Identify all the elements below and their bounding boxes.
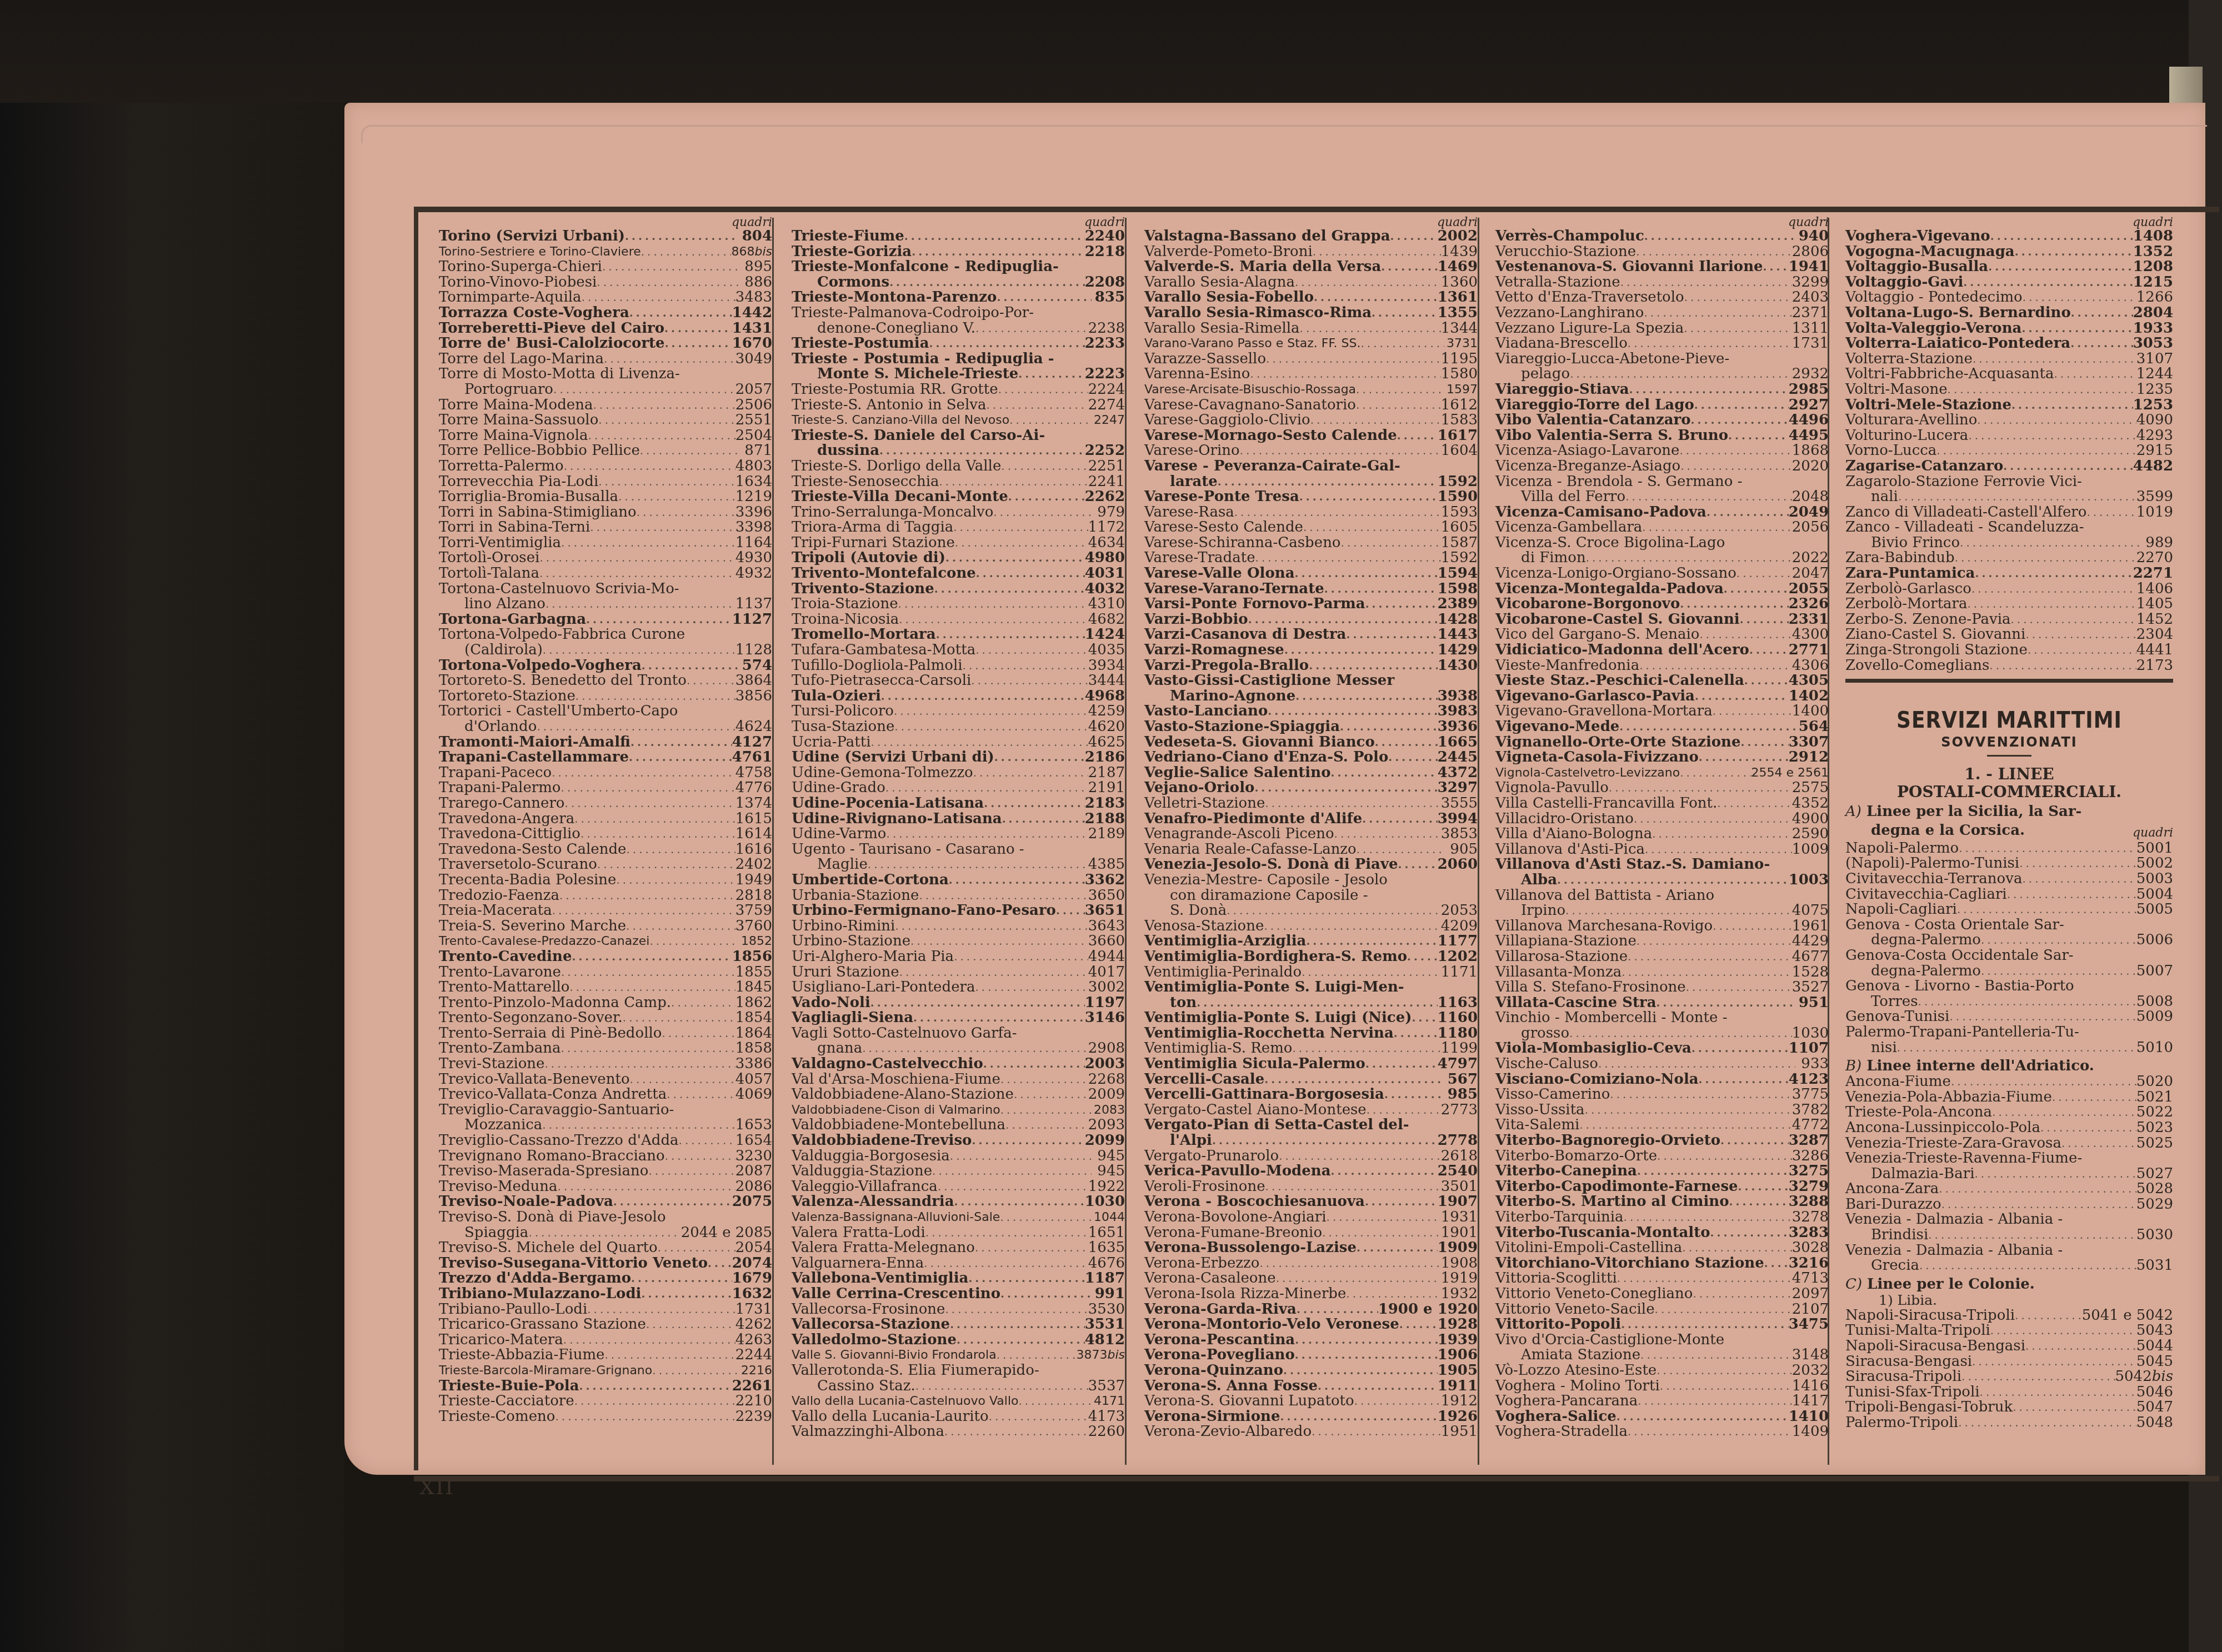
- entry-name: Varzi-Casanova di Destra: [1144, 627, 1346, 643]
- leader-dots: [1357, 1240, 1438, 1256]
- entry-quadro-number: 1137: [735, 597, 772, 612]
- index-entry: Vitorchiano-Vitorchiano Stazione3216: [1495, 1256, 1829, 1271]
- entry-name: Tortorici - Castell'Umberto-Capo: [439, 704, 678, 719]
- entry-quadro-number: 1598: [1438, 582, 1478, 597]
- leader-dots: [881, 689, 1085, 704]
- index-entry: Vidiciatico-Madonna dell'Acero2771: [1495, 643, 1829, 658]
- leader-dots: [1334, 827, 1441, 842]
- entry-quadro-number: 4797: [1438, 1057, 1478, 1072]
- entry-quadro-number: 4263: [735, 1333, 772, 1348]
- quadro-number: 4090: [2136, 412, 2173, 428]
- entry-name: Varese - Peveranza-Cairate-Gal-: [1144, 459, 1400, 474]
- entry-quadro-number: 5003: [2136, 872, 2173, 887]
- background-left: [0, 0, 344, 1652]
- index-entry: Varese-Varano-Ternate1598: [1144, 582, 1478, 597]
- entry-name: Verona-S. Giovanni Lupatoto: [1144, 1394, 1354, 1409]
- quadro-number: 804: [742, 228, 772, 244]
- leader-dots: [1610, 1087, 1791, 1103]
- entry-name: Marino-Agnone: [1170, 689, 1295, 704]
- entry-quadro-number: 5020: [2136, 1074, 2173, 1090]
- quadro-number: 567: [1448, 1071, 1478, 1088]
- leader-dots: [1973, 352, 2136, 367]
- leader-dots: [986, 398, 1088, 413]
- quadro-number: 2047: [1792, 565, 1829, 582]
- leader-dots: [1609, 780, 1792, 796]
- entry-name: Velletri-Stazione: [1144, 796, 1265, 812]
- index-entry: Zerbo-S. Zenone-Pavia1452: [1845, 612, 2173, 628]
- entry-name: Trento-Pinzolo-Madonna Camp.: [439, 995, 671, 1011]
- maritime-rule: [1987, 755, 2031, 757]
- leader-dots: [1634, 812, 1792, 827]
- entry-name: Verona - Boscochiesanuova: [1144, 1194, 1365, 1210]
- leader-dots: [1346, 627, 1437, 643]
- quadro-number: 2247: [1094, 413, 1125, 427]
- entry-name: Varsi-Ponte Fornovo-Parma: [1144, 597, 1365, 612]
- entry-name: Treviso-Noale-Padova: [439, 1194, 613, 1210]
- quadro-number: 5030: [2136, 1227, 2173, 1243]
- leader-dots: [1637, 934, 1792, 949]
- leader-dots: [976, 566, 1085, 582]
- entry-quadro-number: 3288: [1789, 1194, 1829, 1210]
- entry-quadro-number: 3278: [1792, 1210, 1829, 1225]
- leader-dots: [2010, 612, 2136, 628]
- entry-quadro-number: 5010: [2136, 1040, 2173, 1056]
- index-entry: Verona-Erbezzo1908: [1144, 1256, 1478, 1271]
- entry-quadro-number: 1400: [1792, 704, 1829, 719]
- leader-dots: [949, 873, 1085, 888]
- quadro-number: 3230: [735, 1148, 772, 1164]
- entry-quadro-number: 1219: [735, 489, 772, 505]
- quadro-number: 1219: [735, 488, 772, 505]
- leader-dots: [1255, 550, 1441, 566]
- entry-name: Venezia - Dalmazia - Albania -: [1845, 1212, 2063, 1228]
- quadro-number: 1911: [1438, 1378, 1478, 1394]
- entry-name: Valledolmo-Stazione: [792, 1333, 957, 1348]
- quadro-number: 3286: [1792, 1148, 1829, 1164]
- index-entry: Treviso-Noale-Padova2075: [439, 1194, 772, 1210]
- quadro-number: 4625: [1088, 734, 1125, 750]
- leader-dots: [1972, 1354, 2136, 1370]
- entry-name: Villa Castelli-Francavilla Font.: [1495, 796, 1717, 812]
- quadro-number: 4900: [1792, 810, 1829, 827]
- quadro-number: 5020: [2136, 1073, 2173, 1090]
- entry-quadro-number: 1019: [2136, 505, 2173, 520]
- quadro-number: 1430: [1438, 657, 1478, 674]
- entry-name: denone-Conegliano V.: [817, 321, 975, 337]
- quadro-number: 5022: [2136, 1104, 2173, 1120]
- entry-name: Venagrande-Ascoli Piceno: [1144, 827, 1334, 842]
- index-entry: Treviso-Susegana-Vittorio Veneto2074: [439, 1256, 772, 1271]
- entry-quadro-number: 1919: [1441, 1271, 1478, 1286]
- entry-quadro-number: 2210: [735, 1394, 772, 1409]
- entry-name: Verona-Garda-Riva: [1144, 1302, 1297, 1318]
- leader-dots: [904, 229, 1085, 244]
- entry-quadro-number: 3053: [2133, 336, 2173, 352]
- quadro-number: 2331: [1789, 611, 1829, 628]
- entry-name: Vorno-Lucca: [1845, 443, 1936, 459]
- index-entry: Vittorio Veneto-Sacile2107: [1495, 1302, 1829, 1318]
- maritime-subtitle: SOVVENZIONATI: [1845, 734, 2173, 750]
- index-entry: Torri in Sabina-Terni3398: [439, 520, 772, 535]
- quadro-number: 1612: [1441, 397, 1478, 413]
- entry-quadro-number: 2032: [1792, 1363, 1829, 1379]
- index-entry: Vibo Valentia-Catanzaro4496: [1495, 413, 1829, 428]
- entry-quadro-number: 4300: [1792, 627, 1829, 643]
- entry-name: Zanco di Villadeati-Castell'Alfero: [1845, 505, 2086, 520]
- leader-dots: [1738, 1179, 1789, 1195]
- leader-dots: [2021, 321, 2133, 337]
- quadro-number: 1933: [2133, 320, 2173, 337]
- quadro-number: 3650: [1088, 887, 1125, 904]
- leader-dots: [602, 259, 739, 275]
- leader-dots: [1009, 413, 1092, 428]
- index-entry: Verucchio-Stazione2806: [1495, 244, 1829, 260]
- index-entry: nali3599: [1845, 489, 2173, 505]
- leader-dots: [1691, 1041, 1789, 1057]
- entry-name: Valstagna-Bassano del Grappa: [1144, 229, 1390, 244]
- index-column-3: quadri Valstagna-Bassano del Grappa2002V…: [1144, 217, 1478, 1466]
- entry-quadro-number: 2506: [735, 398, 772, 413]
- leader-dots: [1713, 919, 1792, 934]
- entry-name-line: Palermo-Trapani-Pantelleria-Tu-: [1845, 1025, 2173, 1040]
- quadro-number: 4031: [1085, 565, 1125, 582]
- leader-dots: [561, 535, 735, 551]
- quadro-number: 1128: [735, 642, 772, 658]
- leader-dots: [2011, 398, 2133, 413]
- entry-name: Vibo Valentia-Catanzaro: [1495, 413, 1691, 428]
- quadro-number: 1408: [2133, 228, 2173, 244]
- entry-quadro-number: 2020: [1792, 459, 1829, 474]
- entry-name: Vicenza-Lonigo-Orgiano-Sossano: [1495, 566, 1736, 582]
- quadro-number: 4305: [1789, 672, 1829, 689]
- index-entry: Varallo Sesia-Fobello1361: [1144, 290, 1478, 306]
- quadro-number: 2244: [735, 1346, 772, 1363]
- entry-name: Vetralla-Stazione: [1495, 275, 1620, 291]
- index-entry: Dalmazia-Bari5027: [1845, 1167, 2173, 1182]
- entry-name-line: Genova - Costa Orientale Sar-: [1845, 918, 2173, 933]
- leader-dots: [1341, 535, 1441, 551]
- railway-list: Voghera-Vigevano1408Vogogna-Macugnaga135…: [1845, 229, 2173, 673]
- quadro-number: 1402: [1789, 688, 1829, 704]
- entry-quadro-number: 1355: [1438, 306, 1478, 321]
- index-entry: Volterra-Laiatico-Pontedera3053: [1845, 336, 2173, 352]
- quadro-number: 2912: [1789, 749, 1829, 765]
- quadro-number: 1615: [735, 810, 772, 827]
- index-entry: Vieste Staz.-Peschici-Calenella4305: [1495, 673, 1829, 689]
- entry-name: Trento-Mattarello: [439, 980, 569, 995]
- index-entry: Siracusa-Tripoli5042bis: [1845, 1369, 2173, 1385]
- quadro-number: 4677: [1792, 948, 1829, 965]
- quadro-number: 2218: [1085, 243, 1125, 260]
- quadro-number: 5007: [2136, 963, 2173, 979]
- entry-quadro-number: 2107: [1792, 1302, 1829, 1318]
- entry-name-line: Vinchio - Mombercelli - Monte -: [1495, 1010, 1829, 1026]
- entry-quadro-number: 4932: [735, 566, 772, 582]
- entry-name: Trento-Serraia di Pinè-Bedollo: [439, 1026, 662, 1042]
- entry-quadro-number: 5042bis: [2115, 1369, 2173, 1385]
- entry-name-line: Tortorici - Castell'Umberto-Capo: [439, 704, 772, 719]
- leader-dots: [1310, 413, 1441, 428]
- entry-quadro-number: 3275: [1789, 1164, 1829, 1179]
- entry-quadro-number: 2389: [1438, 597, 1478, 612]
- entry-name: Torre Maina-Modena: [439, 398, 593, 413]
- entry-quadro-number: 1160: [1438, 1010, 1478, 1026]
- leader-dots: [1710, 1225, 1789, 1241]
- quadro-number: 4123: [1789, 1071, 1829, 1088]
- entry-name-line: Zagarolo-Stazione Ferrovie Vici-: [1845, 474, 2173, 490]
- quadro-number: 1961: [1792, 918, 1829, 934]
- index-entry: Trivento-Montefalcone4031: [792, 566, 1125, 582]
- quadro-number: 1428: [1438, 611, 1478, 628]
- group-title: Linee per le Colonie.: [1867, 1276, 2035, 1293]
- entry-name: Viterbo-Canepina: [1495, 1164, 1637, 1179]
- leader-dots: [667, 1087, 735, 1103]
- quadro-number: 1868: [1792, 442, 1829, 459]
- quadro-number: 1731: [1792, 335, 1829, 352]
- index-entry: Vezzano Ligure-La Spezia1311: [1495, 321, 1829, 337]
- entry-quadro-number: 2773: [1441, 1103, 1478, 1118]
- entry-name: Tortoreto-Stazione: [439, 689, 575, 704]
- quadro-number: 1374: [735, 795, 772, 812]
- entry-name: Trieste-Comeno: [439, 1409, 555, 1425]
- quadro-number: 1344: [1441, 320, 1478, 337]
- leader-dots: [1303, 520, 1441, 535]
- entry-name: Voltaggio-Gavi: [1845, 275, 1963, 291]
- index-entry: Trieste-S. Antonio in Selva2274: [792, 398, 1125, 413]
- quadro-number: 5029: [2136, 1196, 2173, 1213]
- entry-quadro-number: 3299: [1792, 275, 1829, 291]
- quadro-number: 1665: [1438, 734, 1478, 750]
- quadro-number: 1605: [1441, 519, 1478, 535]
- index-entry: Volta-Valeggio-Verona1933: [1845, 321, 2173, 337]
- entry-name: Trieste - Postumia - Redipuglia -: [792, 352, 1054, 367]
- entry-quadro-number: 1344: [1441, 321, 1478, 337]
- leader-dots: [879, 443, 1085, 459]
- entry-quadro-number: 3286: [1792, 1149, 1829, 1164]
- index-entry: Vallebona-Ventimiglia1187: [792, 1271, 1125, 1286]
- entry-quadro-number: 5041 e 5042: [2082, 1308, 2173, 1324]
- entry-name-cont: con diramazione Caposile -: [1170, 888, 1368, 904]
- entry-quadro-number: 2044 e 2085: [681, 1225, 772, 1241]
- index-entry: Triora-Arma di Taggia1172: [792, 520, 1125, 535]
- entry-quadro-number: 5048: [2136, 1415, 2173, 1431]
- index-entry: Vasto-Stazione-Spiaggia3936: [1144, 719, 1478, 735]
- entry-name-line: Venezia-Mestre- Caposile - Jesolo: [1144, 873, 1478, 888]
- quadro-number: 2189: [1088, 825, 1125, 842]
- entry-quadro-number: 2326: [1789, 597, 1829, 612]
- entry-name: Varese-Rasa: [1144, 505, 1234, 520]
- entry-name: Trieste-S. Dorligo della Valle: [792, 459, 1001, 474]
- index-entry: Trento-Mattarello1845: [439, 980, 772, 995]
- leader-dots: [1644, 306, 1791, 321]
- quadro-number: 4496: [1789, 412, 1829, 428]
- leader-dots: [934, 582, 1085, 597]
- entry-quadro-number: 574: [739, 658, 772, 674]
- quadro-number: 2326: [1789, 595, 1829, 612]
- leader-dots: [1680, 459, 1792, 474]
- index-entry: Varzi-Casanova di Destra1443: [1144, 627, 1478, 643]
- entry-name: Valera Fratta-Lodi: [792, 1225, 925, 1241]
- entry-name: Trieste-S. Daniele del Carso-Ai-: [792, 428, 1045, 444]
- entry-name: Zara-Babindub: [1845, 550, 1955, 566]
- entry-quadro-number: 4776: [735, 780, 772, 796]
- index-entry: Ancona-Zara5028: [1845, 1182, 2173, 1197]
- leader-dots: [1375, 735, 1438, 750]
- index-entry: Torino (Servizi Urbani)804: [439, 229, 772, 244]
- entry-name-line: Trieste-S. Daniele del Carso-Ai-: [792, 428, 1125, 444]
- leader-dots: [1989, 658, 2136, 674]
- entry-quadro-number: 2002: [1438, 229, 1478, 244]
- entry-name: Torretta-Palermo: [439, 459, 564, 474]
- quadro-number: 3599: [2136, 488, 2173, 505]
- entry-quadro-number: 2233: [1085, 336, 1125, 352]
- index-entry: Trino-Serralunga-Moncalvo979: [792, 505, 1125, 520]
- entry-quadro-number: 1922: [1088, 1179, 1125, 1195]
- entry-name: Udine-Grado: [792, 780, 885, 796]
- entry-name-line: Vergato-Pian di Setta-Castel del-: [1144, 1118, 1478, 1133]
- index-entry: Torretta-Palermo4803: [439, 459, 772, 474]
- quadro-number: 5005: [2136, 901, 2173, 918]
- index-entry: (Napoli)-Palermo-Tunisi5002: [1845, 856, 2173, 872]
- entry-name: Voghera-Pancarana: [1495, 1394, 1638, 1409]
- leader-dots: [997, 290, 1092, 306]
- quadro-number: 1417: [1792, 1393, 1829, 1409]
- index-entry: Valeggio-Villafranca1922: [792, 1179, 1125, 1195]
- index-entry: Volterra-Stazione3107: [1845, 352, 2173, 367]
- entry-quadro-number: 3002: [1088, 980, 1125, 995]
- entry-quadro-number: 1266: [2136, 290, 2173, 306]
- leader-dots: [929, 336, 1085, 352]
- entry-name-line: Trieste - Postumia - Redipuglia -: [792, 352, 1125, 367]
- index-entry: Zara-Babindub2270: [1845, 550, 2173, 566]
- entry-name: Tursi-Policoro: [792, 704, 894, 719]
- entry-quadro-number: 4682: [1088, 612, 1125, 628]
- entry-quadro-number: 2262: [1085, 489, 1125, 505]
- entry-quadro-number: 4930: [735, 550, 772, 566]
- entry-quadro-number: 2371: [1792, 306, 1829, 321]
- quadro-number: 2074: [732, 1255, 772, 1271]
- entry-name-line: Ugento - Taurisano - Casarano -: [792, 842, 1125, 858]
- leader-dots: [552, 765, 735, 781]
- index-entry: Viterbo-S. Martino al Cimino3288: [1495, 1194, 1829, 1210]
- index-entry: Vallecorsa-Frosinone3530: [792, 1302, 1125, 1318]
- entry-quadro-number: 3444: [1088, 673, 1125, 689]
- entry-quadro-number: 1030: [1792, 1026, 1829, 1042]
- entry-name: Torrazza Coste-Voghera: [439, 306, 629, 321]
- leader-dots: [1988, 259, 2133, 275]
- quadro-number: 3307: [1789, 734, 1829, 750]
- quadro-number: 1244: [2136, 366, 2173, 382]
- entry-name: ton: [1170, 995, 1197, 1011]
- index-entry: Usigliano-Lari-Pontedera3002: [792, 980, 1125, 995]
- entry-name: Visso-Camerino: [1495, 1087, 1610, 1103]
- quadro-number: 3297: [1438, 779, 1478, 796]
- entry-quadro-number: 5044: [2136, 1339, 2173, 1354]
- leader-dots: [593, 398, 735, 413]
- leader-dots: [598, 413, 735, 428]
- quadro-number: 1406: [2136, 580, 2173, 597]
- entry-quadro-number: 1597: [1444, 382, 1478, 398]
- quadro-suffix: bis: [1107, 1348, 1125, 1362]
- entry-name: Verona-Bovolone-Angiari: [1144, 1210, 1327, 1225]
- quadro-number: 1858: [735, 1040, 772, 1057]
- index-entry: Vignanello-Orte-Orte Stazione3307: [1495, 735, 1829, 750]
- leader-dots: [998, 382, 1088, 398]
- entry-quadro-number: 3938: [1438, 689, 1478, 704]
- leader-dots: [629, 750, 732, 765]
- entry-name-line: con diramazione Caposile -: [1144, 888, 1478, 904]
- index-entry: Trieste-Buie-Pola2261: [439, 1379, 772, 1394]
- index-entry: Spiaggia2044 e 2085: [439, 1225, 772, 1241]
- quadro-number: 1598: [1438, 580, 1478, 597]
- leader-dots: [1625, 489, 1792, 505]
- entry-name: Viareggio-Torre del Lago: [1495, 398, 1694, 413]
- entry-name: Visciano-Comiziano-Nola: [1495, 1072, 1699, 1088]
- quadro-number: 1908: [1441, 1255, 1478, 1271]
- index-entry: Verica-Pavullo-Modena2540: [1144, 1164, 1478, 1179]
- leader-dots: [1280, 1409, 1437, 1425]
- quadro-number: 1107: [1789, 1040, 1829, 1057]
- index-entry: Monte S. Michele-Trieste2223: [792, 367, 1125, 382]
- index-entry: Uri-Alghero-Maria Pia4944: [792, 949, 1125, 965]
- leader-dots: [588, 428, 735, 444]
- entry-quadro-number: 3775: [1792, 1087, 1829, 1103]
- quadro-number: 1410: [1789, 1408, 1829, 1425]
- quadro-number: 1171: [1441, 964, 1478, 980]
- leader-dots: [563, 1333, 735, 1348]
- quadro-number: 2618: [1441, 1148, 1478, 1164]
- entry-quadro-number: 2238: [1088, 321, 1125, 337]
- leader-dots: [528, 1225, 680, 1241]
- quadro-number: 1442: [732, 304, 772, 321]
- entry-quadro-number: 3107: [2136, 352, 2173, 367]
- leader-dots: [552, 903, 735, 919]
- entry-quadro-number: 2056: [1792, 520, 1829, 535]
- entry-name: Napoli-Cagliari: [1845, 902, 1957, 918]
- entry-name: Udine-Pocenia-Latisana: [792, 796, 984, 812]
- index-entry: Varzi-Pregola-Brallo1430: [1144, 658, 1478, 674]
- entry-name: Siracusa-Tripoli: [1845, 1369, 1961, 1385]
- quadro-number: 2173: [2136, 657, 2173, 674]
- entry-name: pelago: [1521, 367, 1570, 382]
- index-entry: Ventimiglia-Rocchetta Nervina1180: [1144, 1026, 1478, 1042]
- quadro-number: 5041 e 5042: [2082, 1307, 2173, 1324]
- quadro-number: 2274: [1088, 397, 1125, 413]
- leader-dots: [1898, 489, 2136, 505]
- leader-dots: [1254, 780, 1437, 796]
- quadro-number: 1593: [1441, 504, 1478, 520]
- entry-name: Varese-Varano-Ternate: [1144, 582, 1324, 597]
- entry-quadro-number: 5028: [2136, 1182, 2173, 1197]
- index-entry: Napoli-Palermo5001: [1845, 841, 2173, 857]
- quadro-number: 2445: [1438, 749, 1478, 765]
- quadro-number: 1900 e 1920: [1378, 1301, 1478, 1318]
- index-entry: Trivento-Stazione4032: [792, 582, 1125, 597]
- entry-name: Vetto d'Enza-Traversetolo: [1495, 290, 1684, 306]
- quadro-number: 4035: [1088, 642, 1125, 658]
- entry-quadro-number: 1604: [1441, 443, 1478, 459]
- quadro-number: 1635: [1088, 1239, 1125, 1256]
- entry-quadro-number: 1605: [1441, 520, 1478, 535]
- quadro-number: 3938: [1438, 688, 1478, 704]
- leader-dots: [1948, 382, 2136, 398]
- entry-quadro-number: 2908: [1088, 1041, 1125, 1057]
- entry-quadro-number: 2057: [735, 382, 772, 398]
- index-entry: Alba1003: [1495, 873, 1829, 888]
- entry-quadro-number: 1439: [1441, 244, 1478, 260]
- index-entry: Zovello-Comeglians2173: [1845, 658, 2173, 674]
- leader-dots: [626, 919, 735, 934]
